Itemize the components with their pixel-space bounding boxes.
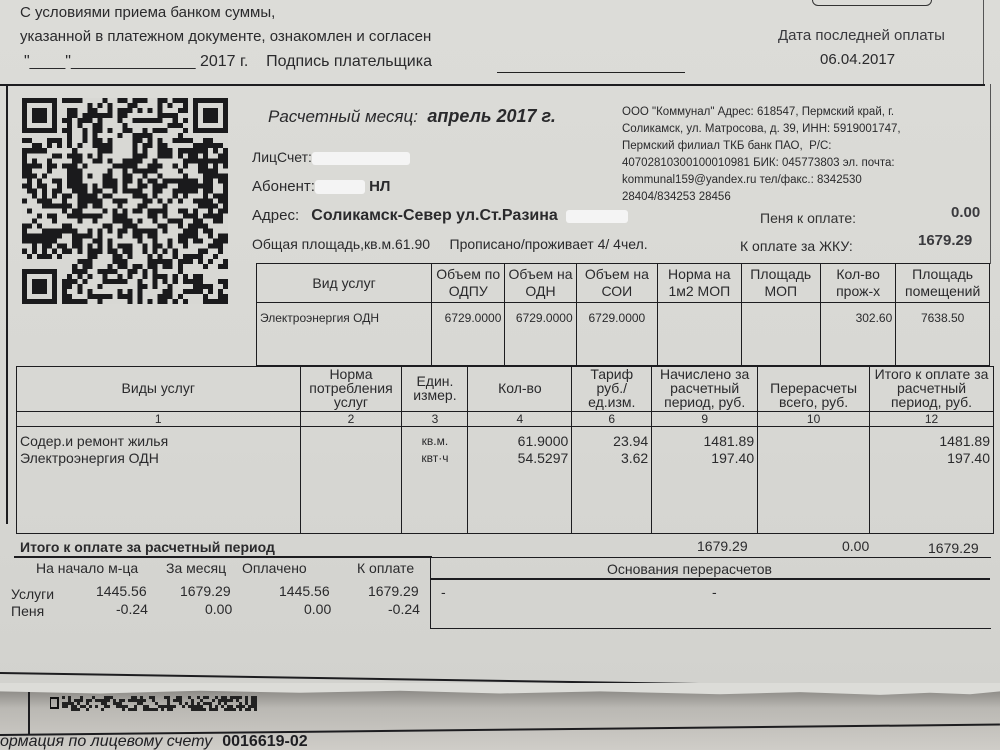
billing-month: Расчетный месяц: апрель 2017 г. bbox=[268, 106, 556, 127]
period-total-recalc: 0.00 bbox=[842, 538, 869, 554]
services-body: Содер.и ремонт жилья Электроэнергия ОДН … bbox=[17, 427, 994, 534]
address-line: Адрес: Соликамск-Север ул.Ст.Разина bbox=[252, 207, 628, 225]
qr-code-icon bbox=[22, 98, 228, 304]
amount-due-value: 1679.29 bbox=[918, 232, 972, 249]
barcode-icon bbox=[50, 696, 260, 712]
summary-header-due: К оплате bbox=[357, 560, 414, 576]
divider bbox=[430, 578, 990, 580]
signature-line: "____"______________ 2017 г. Подпись пла… bbox=[24, 53, 432, 71]
frame-left bbox=[28, 690, 30, 735]
odn-volume-table: Вид услуг Объем по ОДПУ Объем на ОДН Объ… bbox=[256, 263, 990, 366]
penalty-label: Пеня к оплате: bbox=[760, 210, 856, 226]
summary-header-month: За месяц bbox=[166, 560, 226, 576]
redacted-house bbox=[566, 210, 628, 223]
summary-header-start: На начало м-ца bbox=[36, 560, 138, 576]
last-payment-label: Дата последней оплаты bbox=[778, 27, 945, 44]
account-info-label: ормация по лицевому счету0016619-02 bbox=[0, 733, 308, 750]
subscriber-line: Абонент: НЛ bbox=[252, 178, 390, 195]
odn-header-row: Вид услуг Объем по ОДПУ Объем на ОДН Объ… bbox=[257, 264, 990, 303]
area-line: Общая площадь,кв.м.61.90 Прописано/прожи… bbox=[252, 236, 648, 252]
account-line: ЛицСчет: bbox=[252, 149, 410, 165]
divider bbox=[14, 556, 432, 558]
consent-line-1: С условиями приема банком суммы, bbox=[20, 4, 275, 21]
signature-underline bbox=[497, 72, 685, 73]
amount-due-label: К оплате за ЖКУ: bbox=[740, 238, 853, 254]
redacted-name bbox=[315, 180, 365, 194]
date-blank: "____"______________ 2017 г. bbox=[24, 53, 248, 70]
signature-label: Подпись плательщика bbox=[266, 53, 432, 70]
frame-left bbox=[6, 84, 8, 524]
last-payment-date: 06.04.2017 bbox=[820, 51, 895, 68]
organization-details: ООО "Коммунал" Адрес: 618547, Пермский к… bbox=[622, 104, 901, 206]
divider bbox=[0, 84, 985, 86]
period-total-charged: 1679.29 bbox=[697, 538, 748, 554]
consent-line-2: указанной в платежном документе, ознаком… bbox=[20, 28, 431, 45]
table-row: Электроэнергия ОДН 6729.0000 6729.0000 6… bbox=[257, 303, 990, 366]
redacted-account bbox=[312, 152, 410, 165]
summary-header-paid: Оплачено bbox=[242, 560, 307, 576]
column-numbers-row: 1 2 3 4 6 9 10 12 bbox=[17, 412, 994, 427]
frame-right bbox=[990, 84, 991, 264]
period-total-due: 1679.29 bbox=[928, 540, 979, 556]
table-row: Содер.и ремонт жилья bbox=[20, 433, 297, 450]
recalc-basis-left-value: - bbox=[441, 584, 446, 600]
paper-tab bbox=[812, 0, 932, 6]
recalc-basis-title: Основания перерасчетов bbox=[607, 561, 772, 577]
service-names: Содер.и ремонт жилья Электроэнергия ОДН bbox=[17, 427, 301, 534]
period-total-label: Итого к оплате за расчетный период bbox=[20, 539, 275, 555]
services-table: Виды услуг Норма потребления услуг Един.… bbox=[16, 366, 994, 534]
table-row: Электроэнергия ОДН bbox=[20, 450, 297, 467]
services-header-row: Виды услуг Норма потребления услуг Един.… bbox=[17, 367, 994, 412]
recalc-basis-value: - bbox=[712, 584, 717, 600]
billing-month-value: апрель 2017 г. bbox=[427, 106, 556, 126]
address-value: Соликамск-Север ул.Ст.Разина bbox=[311, 207, 558, 224]
penalty-value: 0.00 bbox=[951, 204, 980, 221]
frame-right bbox=[983, 0, 984, 84]
payment-document: С условиями приема банком суммы, указанн… bbox=[0, 0, 1000, 700]
account-number: 0016619-02 bbox=[222, 733, 307, 750]
